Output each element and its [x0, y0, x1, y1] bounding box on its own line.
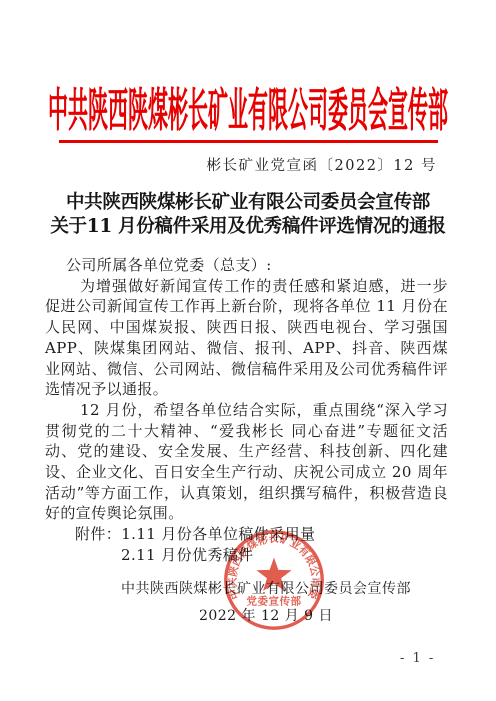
signature-org: 中共陕西陕煤彬长矿业有限公司委员会宣传部	[36, 576, 496, 603]
salutation: 公司所属各单位党委（总支）:	[45, 255, 448, 276]
document-title-line1: 中共陕西陕煤彬长矿业有限公司委员会宣传部	[0, 191, 496, 215]
document-body: 公司所属各单位党委（总支）: 为增强做好新闻宣传工作的责任感和紧迫感，进一步促进…	[45, 255, 448, 566]
attachment-item-1: 1.11 月份各单位稿件采用量	[121, 525, 315, 543]
document-page: 中共陕西陕煤彬长矿业有限公司委员会宣传部 彬长矿业党宣函〔2022〕12 号 中…	[0, 0, 496, 701]
page-number: - 1 -	[400, 651, 435, 666]
document-title-line2: 关于11 月份稿件采用及优秀稿件评选情况的通报	[0, 215, 496, 239]
body-paragraph-1: 为增强做好新闻宣传工作的责任感和紧迫感，进一步促进公司新闻宣传工作再上新台阶，现…	[45, 276, 448, 400]
document-number: 彬长矿业党宣函〔2022〕12 号	[207, 154, 437, 175]
body-paragraph-2: 12 月份，希望各单位结合实际，重点围绕“深入学习贯彻党的二十大精神、“爱我彬长…	[45, 400, 448, 524]
attachment-line-1: 附件：1.11 月份各单位稿件采用量	[45, 524, 448, 545]
letterhead-divider	[59, 140, 438, 143]
signature-date: 2022 年 12 月 9 日	[36, 603, 496, 630]
attachment-item-2: 2.11 月份优秀稿件	[45, 545, 448, 566]
letterhead-banner: 中共陕西陕煤彬长矿业有限公司委员会宣传部	[0, 84, 496, 136]
document-title: 中共陕西陕煤彬长矿业有限公司委员会宣传部 关于11 月份稿件采用及优秀稿件评选情…	[0, 191, 496, 238]
signature-block: 中共陕西陕煤彬长矿业有限公司委员会宣传部 2022 年 12 月 9 日	[0, 576, 496, 630]
attachments-label: 附件：	[75, 525, 121, 543]
letterhead-org-name: 中共陕西陕煤彬长矿业有限公司委员会宣传部	[48, 50, 448, 170]
